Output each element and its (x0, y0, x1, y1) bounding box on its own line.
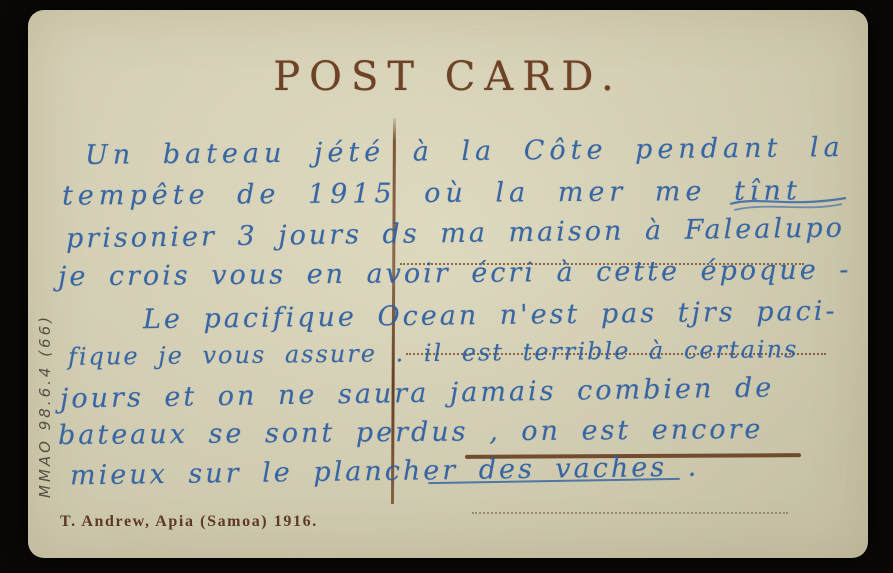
handwriting-line: Un bateau jété à la Côte pendant la (85, 132, 845, 171)
handwriting-line: Le pacifique Ocean n'est pas tjrs paci- (143, 296, 838, 335)
handwriting-line: bateaux se sont perdus , on est encore (58, 414, 764, 451)
ink-strikethrough (728, 186, 848, 216)
handwriting-line: mieux sur le plancher des vaches . (70, 452, 700, 492)
publisher-credit: T. Andrew, Apia (Samoa) 1916. (60, 513, 318, 531)
catalogue-margin-note: MMAO 98.6.4 (66) (36, 314, 54, 498)
handwriting-line: fique je vous assure . il est terrible à… (68, 335, 799, 371)
handwriting-line: je crois vous en avoir écri à cette époq… (58, 255, 852, 293)
handwriting-line: tempête de 1915 où la mer me tînt (62, 175, 802, 211)
postcard: POST CARD. Un bateau jété à la Côte pend… (28, 10, 868, 558)
postcard-title: POST CARD. (28, 54, 868, 100)
address-dotted-line-3 (472, 512, 788, 514)
handwriting-line: prisonier 3 jours ds ma maison à Falealu… (66, 213, 845, 255)
handwriting-line: jours et on ne saura jamais combien de (60, 372, 775, 414)
